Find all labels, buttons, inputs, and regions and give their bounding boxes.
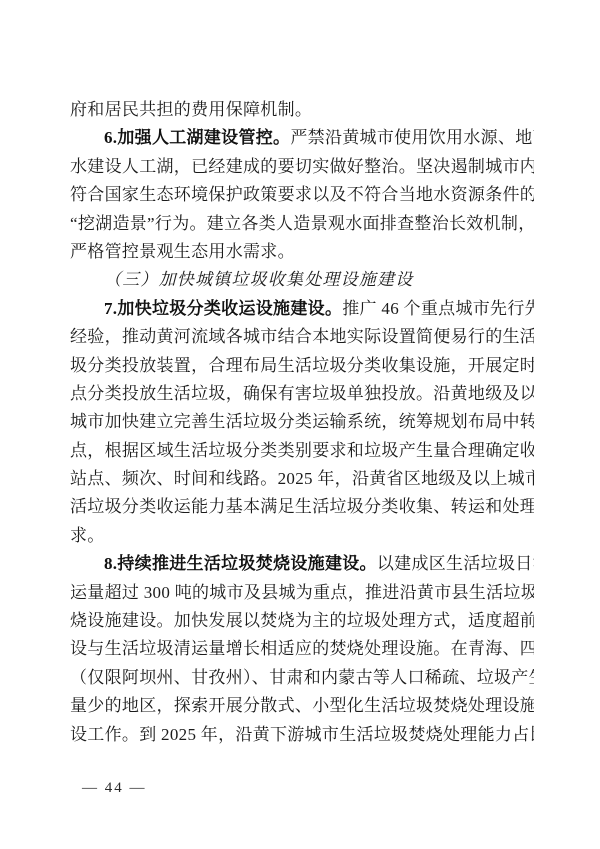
text-line: 严格管控景观生态用水需求。	[70, 238, 534, 266]
text-line: 经验，推动黄河流域各城市结合本地实际设置简便易行的生活垃	[70, 323, 534, 351]
text-line: 站点、频次、时间和线路。2025 年，沿黄省区地级及以上城市生	[70, 465, 534, 493]
text-line: 8.持续推进生活垃圾焚烧设施建设。以建成区生活垃圾日清	[70, 550, 534, 578]
text-line: 点，根据区域生活垃圾分类类别要求和垃圾产生量合理确定收运	[70, 437, 534, 465]
text-line: 水建设人工湖，已经建成的要切实做好整治。坚决遏制城市内不	[70, 153, 534, 181]
text-line: 设与生活垃圾清运量增长相适应的焚烧处理设施。在青海、四川	[70, 635, 534, 663]
section-heading: （三）加快城镇垃圾收集处理设施建设	[70, 266, 534, 294]
text-line: 7.加快垃圾分类收运设施建设。推广 46 个重点城市先行先试	[70, 295, 534, 323]
text-line: 运量超过 300 吨的城市及县城为重点，推进沿黄市县生活垃圾焚	[70, 579, 534, 607]
text-line: （仅限阿坝州、甘孜州）、甘肃和内蒙古等人口稀疏、垃圾产生	[70, 664, 534, 692]
text-line: 烧设施建设。加快发展以焚烧为主的垃圾处理方式，适度超前建	[70, 607, 534, 635]
text-line: 量少的地区，探索开展分散式、小型化生活垃圾焚烧处理设施建	[70, 692, 534, 720]
text-line: 6.加强人工湖建设管控。严禁沿黄城市使用饮用水源、地下	[70, 124, 534, 152]
paragraph-lead-bold: 7.加快垃圾分类收运设施建设。	[104, 299, 342, 318]
paragraph-lead-bold: 8.持续推进生活垃圾焚烧设施建设。	[104, 554, 377, 573]
text-line: 求。	[70, 522, 534, 550]
document-page: 府和居民共担的费用保障机制。 6.加强人工湖建设管控。严禁沿黄城市使用饮用水源、…	[0, 0, 600, 849]
text-block: 府和居民共担的费用保障机制。 6.加强人工湖建设管控。严禁沿黄城市使用饮用水源、…	[70, 96, 534, 749]
text-line: “挖湖造景”行为。建立各类人造景观水面排查整治长效机制，	[70, 210, 534, 238]
text-line: 府和居民共担的费用保障机制。	[70, 96, 534, 124]
text-line: 活垃圾分类收运能力基本满足生活垃圾分类收集、转运和处理需	[70, 493, 534, 521]
text-line: 城市加快建立完善生活垃圾分类运输系统，统筹规划布局中转站	[70, 408, 534, 436]
paragraph-lead-bold: 6.加强人工湖建设管控。	[104, 128, 290, 147]
text-line: 点分类投放生活垃圾，确保有害垃圾单独投放。沿黄地级及以上	[70, 380, 534, 408]
page-number: — 44 —	[82, 779, 147, 797]
text-line: 符合国家生态环境保护政策要求以及不符合当地水资源条件的	[70, 181, 534, 209]
text-line: 圾分类投放装置，合理布局生活垃圾分类收集设施，开展定时定	[70, 352, 534, 380]
text-line: 设工作。到 2025 年，沿黄下游城市生活垃圾焚烧处理能力占比达	[70, 721, 534, 749]
